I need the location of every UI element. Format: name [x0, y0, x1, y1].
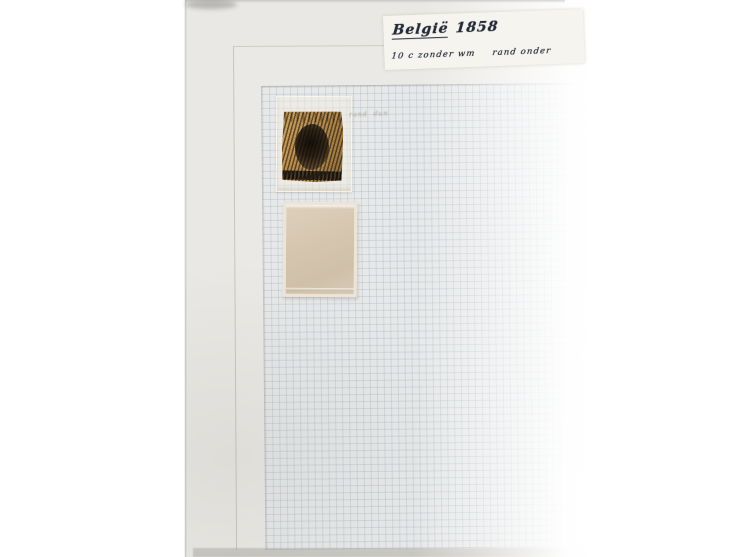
- label-title-line: België1858: [392, 19, 499, 39]
- mount-sheen-highlight: [286, 205, 354, 209]
- handwritten-label-slip: België1858 10 c zonder wmrand onder: [383, 9, 585, 70]
- label-denomination-text: 10 c zonder wm: [391, 49, 476, 62]
- album-backing-page: België1858 10 c zonder wmrand onder rand…: [185, 0, 740, 557]
- photo-of-album-page: België1858 10 c zonder wmrand onder rand…: [0, 0, 740, 557]
- photo-top-edge-shadow: [185, 0, 565, 3]
- label-margin-note-text: rand onder: [492, 46, 552, 58]
- page-bottom-edge-shadow: [193, 548, 613, 557]
- stamp-mount: [276, 96, 353, 192]
- stamp-belgium-10c-medallion: [281, 110, 344, 182]
- label-description-line: 10 c zonder wmrand onder: [391, 46, 552, 62]
- stamp-barred-cancel: [281, 110, 344, 182]
- empty-glassine-mount: [283, 202, 358, 298]
- pencil-note: rand dun: [349, 109, 389, 118]
- photo-left-edge-shadow: [184, 0, 187, 557]
- label-country-text: België: [392, 21, 450, 40]
- mount-fold-line: [286, 288, 354, 291]
- label-year-text: 1858: [455, 19, 499, 37]
